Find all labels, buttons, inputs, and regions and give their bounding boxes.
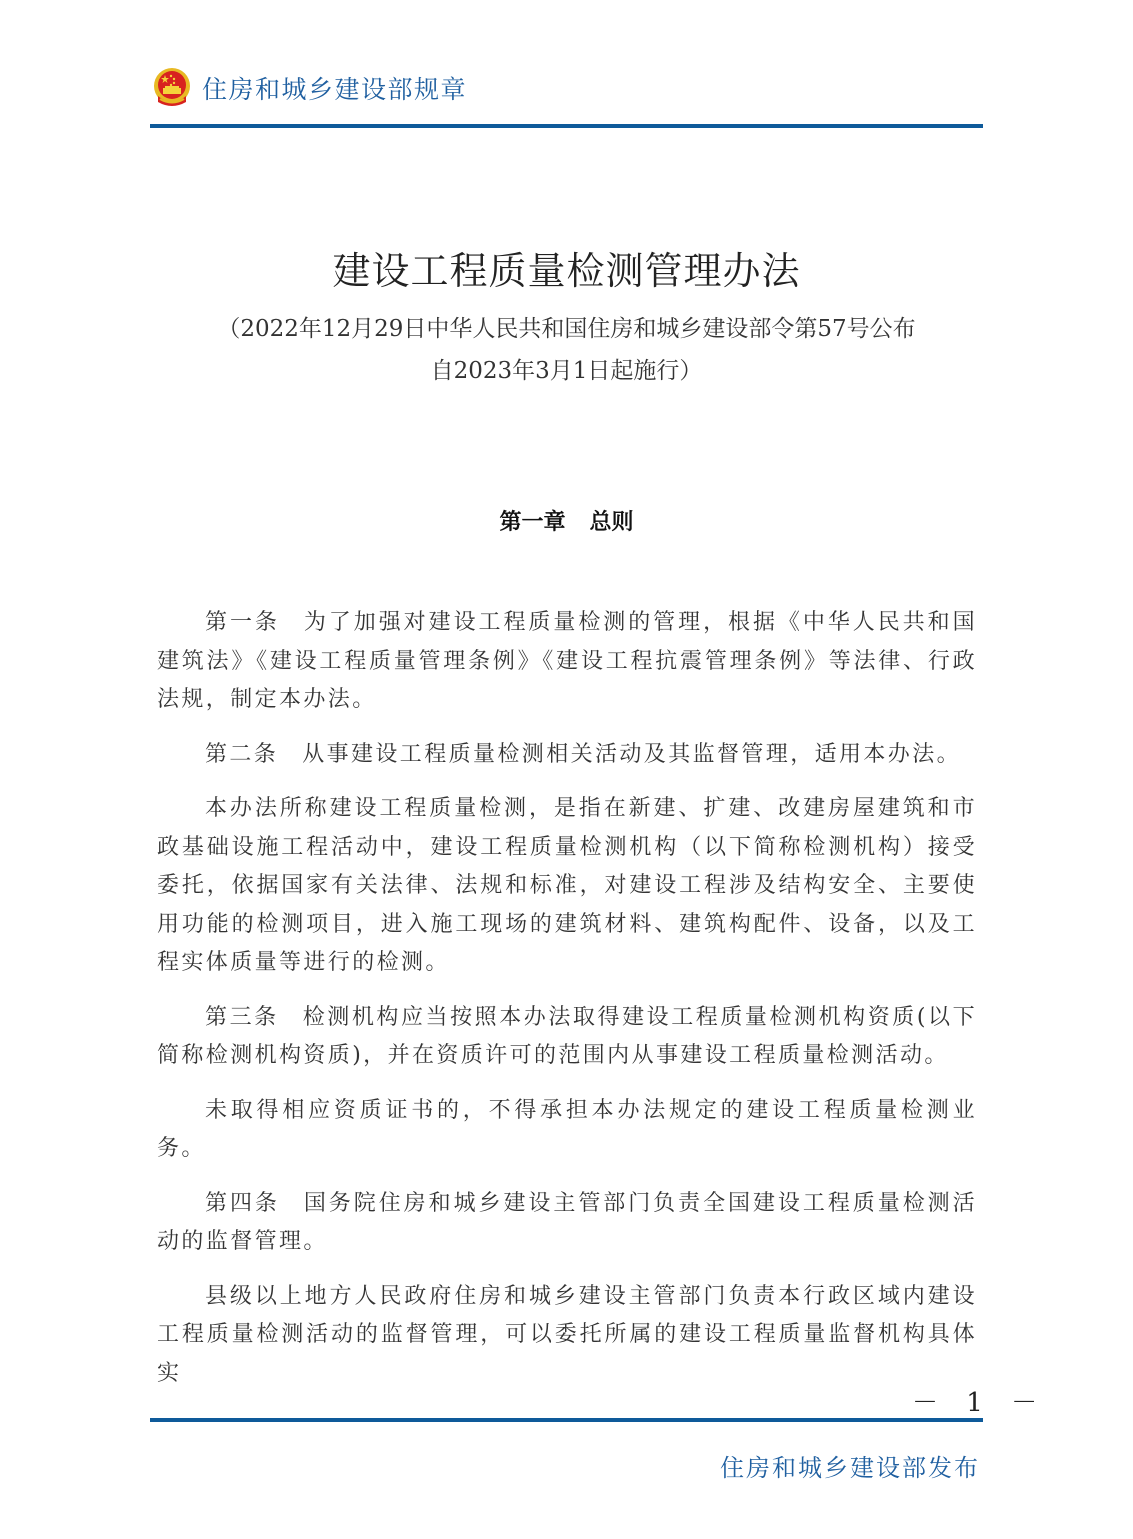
paragraph-definition: 本办法所称建设工程质量检测，是指在新建、扩建、改建房屋建筑和市政基础设施工程活动… bbox=[157, 790, 977, 983]
paragraph-text: 为了加强对建设工程质量检测的管理，根据《中华人民共和国建筑法》《建设工程质量管理… bbox=[157, 610, 977, 712]
page-number: － 1 － bbox=[912, 1382, 1047, 1419]
article-number: 第二条 bbox=[205, 742, 278, 767]
article-number: 第四条 bbox=[205, 1191, 280, 1216]
chapter-name: 总则 bbox=[590, 510, 634, 535]
document-title: 建设工程质量检测管理办法 bbox=[0, 240, 1133, 295]
header-title: 住房和城乡建设部规章 bbox=[202, 70, 467, 106]
chapter-heading: 第一章总则 bbox=[0, 505, 1133, 536]
paragraph-text: 国务院住房和城乡建设主管部门负责全国建设工程质量检测活动的监督管理。 bbox=[157, 1191, 977, 1255]
paragraph-text: 县级以上地方人民政府住房和城乡建设主管部门负责本行政区域内建设工程质量检测活动的… bbox=[157, 1284, 977, 1386]
paragraph-text: 未取得相应资质证书的，不得承担本办法规定的建设工程质量检测业务。 bbox=[157, 1098, 977, 1162]
paragraph-local-supervision: 县级以上地方人民政府住房和城乡建设主管部门负责本行政区域内建设工程质量检测活动的… bbox=[157, 1278, 977, 1394]
footer-divider bbox=[150, 1418, 983, 1422]
paragraph-text: 本办法所称建设工程质量检测，是指在新建、扩建、改建房屋建筑和市政基础设施工程活动… bbox=[157, 796, 977, 975]
document-body: 第一条为了加强对建设工程质量检测的管理，根据《中华人民共和国建筑法》《建设工程质… bbox=[157, 604, 977, 1409]
paragraph-article-3: 第三条检测机构应当按照本办法取得建设工程质量检测机构资质(以下简称检测机构资质)… bbox=[157, 999, 977, 1076]
document-subtitle-line2: 自2023年3月1日起施行） bbox=[0, 352, 1133, 385]
chapter-number: 第一章 bbox=[499, 510, 565, 535]
paragraph-article-1: 第一条为了加强对建设工程质量检测的管理，根据《中华人民共和国建筑法》《建设工程质… bbox=[157, 604, 977, 720]
article-number: 第三条 bbox=[205, 1005, 279, 1030]
document-subtitle-line1: （2022年12月29日中华人民共和国住房和城乡建设部令第57号公布 bbox=[0, 310, 1133, 343]
national-emblem-icon bbox=[150, 66, 194, 110]
paragraph-text: 检测机构应当按照本办法取得建设工程质量检测机构资质(以下简称检测机构资质)，并在… bbox=[157, 1005, 977, 1069]
paragraph-no-qualification: 未取得相应资质证书的，不得承担本办法规定的建设工程质量检测业务。 bbox=[157, 1092, 977, 1169]
page-header: 住房和城乡建设部规章 bbox=[150, 62, 983, 112]
paragraph-article-2: 第二条从事建设工程质量检测相关活动及其监督管理，适用本办法。 bbox=[157, 736, 977, 775]
paragraph-article-4: 第四条国务院住房和城乡建设主管部门负责全国建设工程质量检测活动的监督管理。 bbox=[157, 1185, 977, 1262]
header-divider bbox=[150, 124, 983, 128]
footer-publisher: 住房和城乡建设部发布 bbox=[720, 1448, 980, 1483]
paragraph-text: 从事建设工程质量检测相关活动及其监督管理，适用本办法。 bbox=[302, 742, 961, 767]
article-number: 第一条 bbox=[205, 610, 280, 635]
